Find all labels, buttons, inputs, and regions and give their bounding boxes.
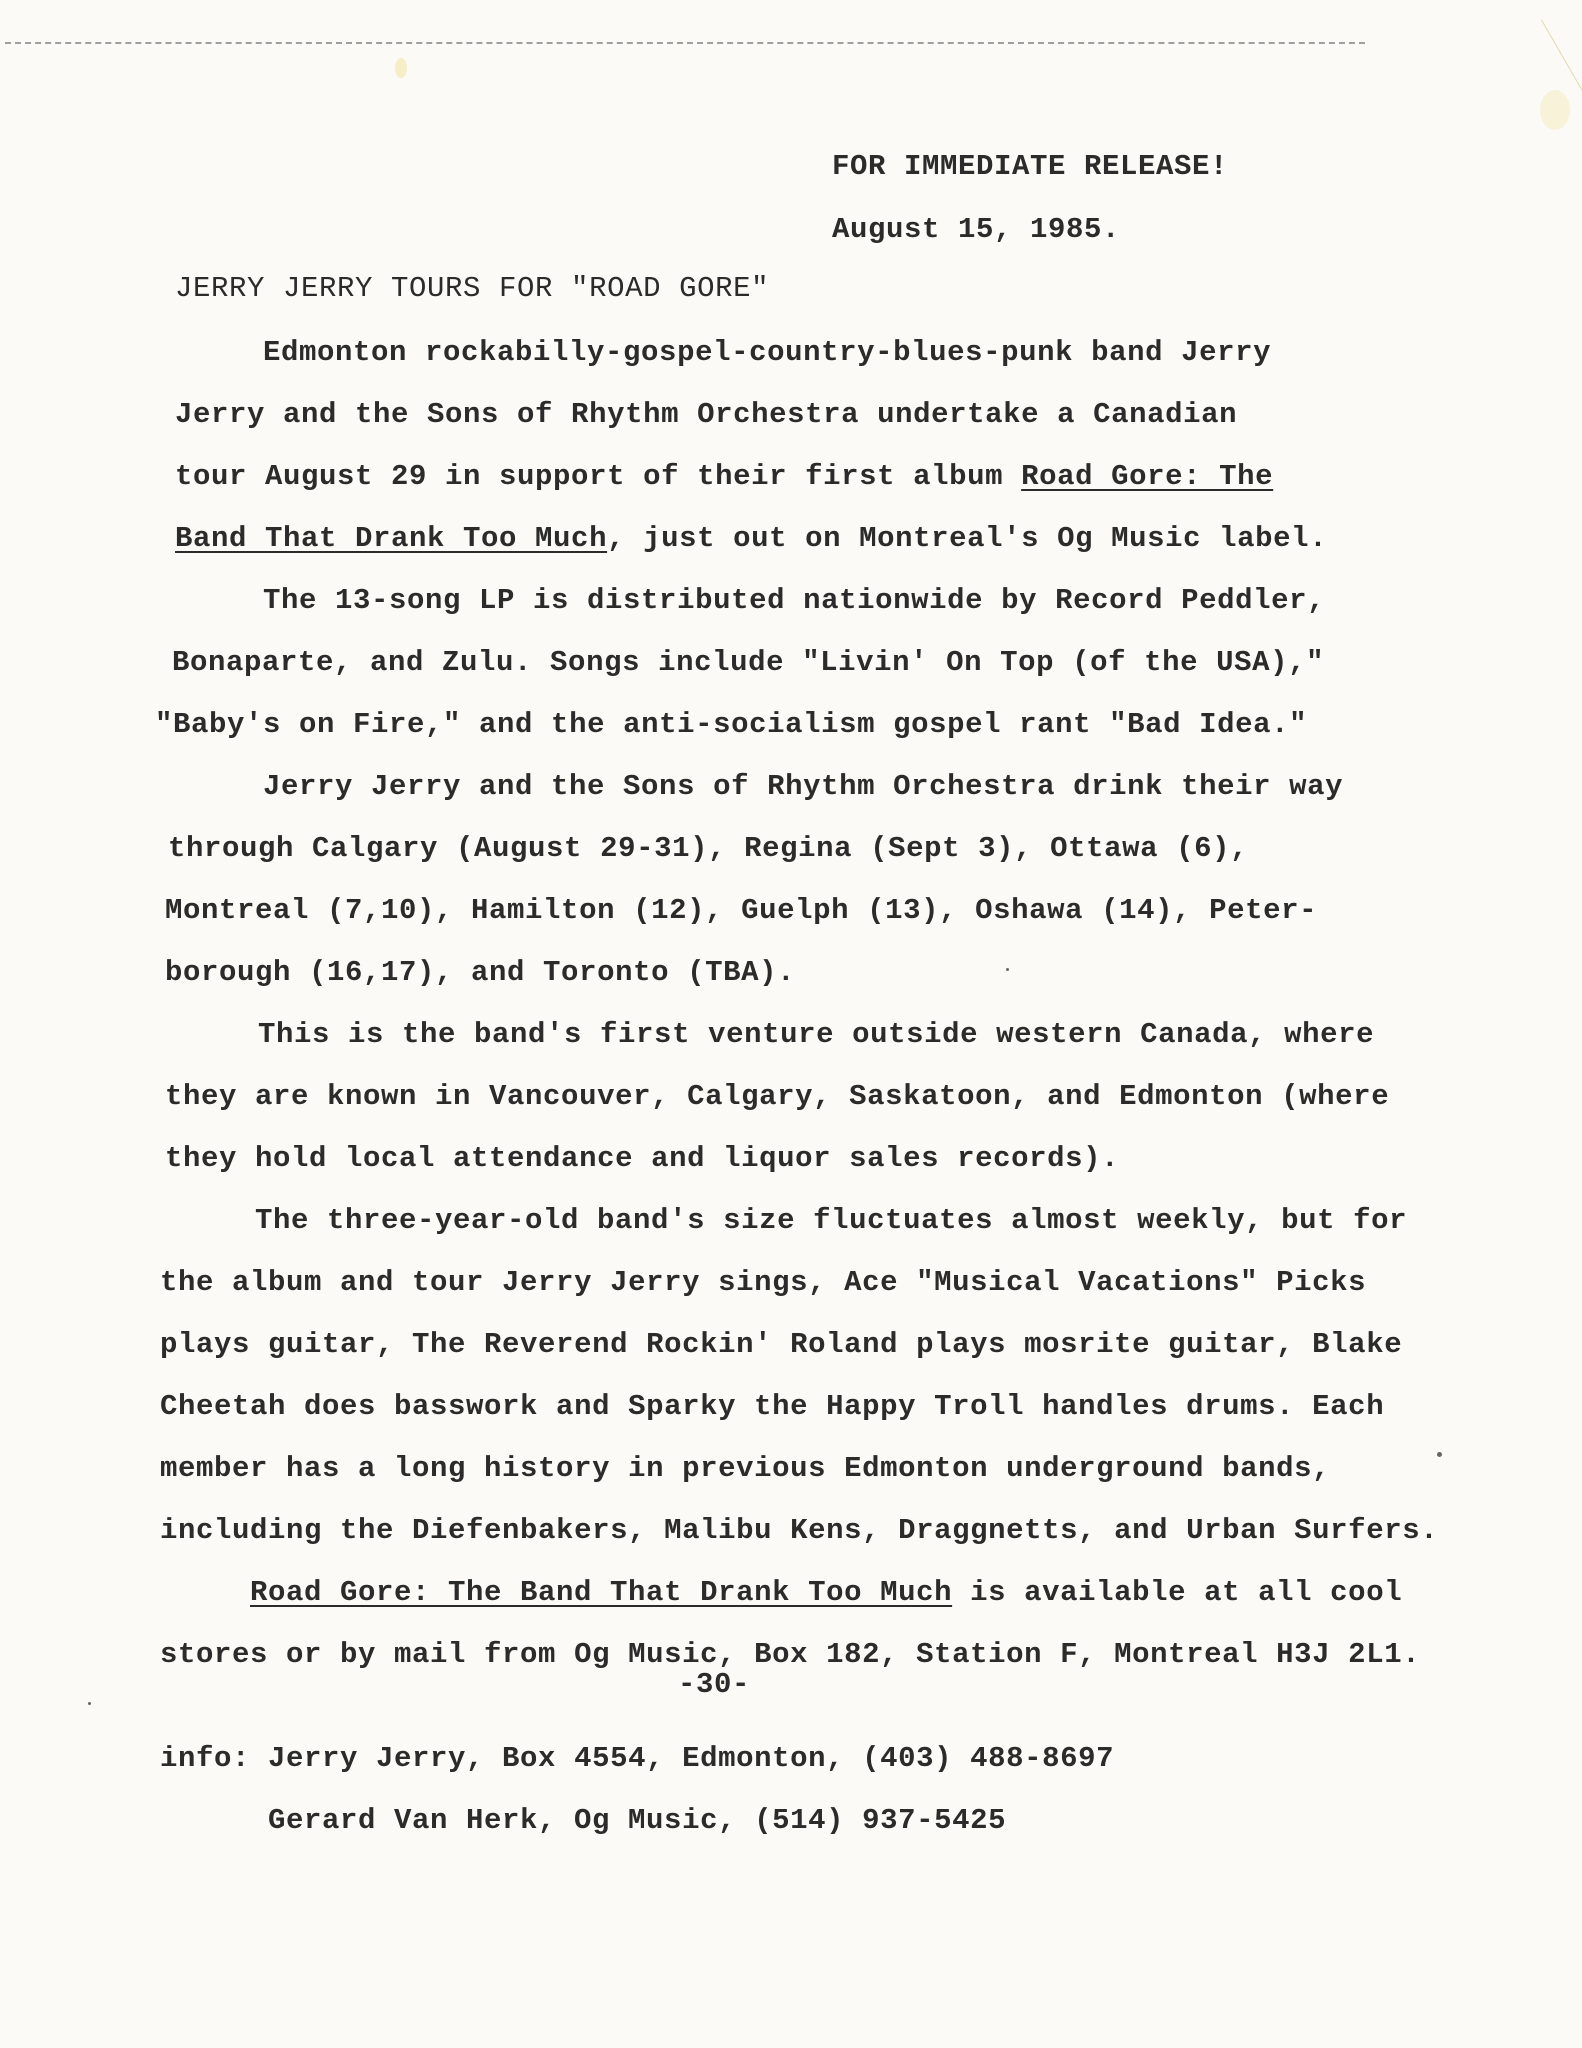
- album-title: Road Gore: The: [1021, 460, 1273, 493]
- release-date: August 15, 1985.: [832, 213, 1120, 247]
- text-line: Cheetah does basswork and Sparky the Hap…: [160, 1390, 1384, 1424]
- text-line: tour August 29 in support of their first…: [175, 460, 1273, 494]
- speck: [1006, 968, 1009, 971]
- text-line: Jerry and the Sons of Rhythm Orchestra u…: [175, 398, 1237, 432]
- text-line: borough (16,17), and Toronto (TBA).: [165, 956, 795, 990]
- text-line: Edmonton rockabilly-gospel-country-blues…: [263, 336, 1271, 370]
- text-line: Road Gore: The Band That Drank Too Much …: [250, 1576, 1402, 1610]
- text-line: The 13-song LP is distributed nationwide…: [263, 584, 1325, 618]
- text-line: The three-year-old band's size fluctuate…: [255, 1204, 1407, 1238]
- text-line: This is the band's first venture outside…: [258, 1018, 1374, 1052]
- paper-stain: [1540, 90, 1570, 130]
- speck: [1437, 1452, 1442, 1457]
- text-line: they hold local attendance and liquor sa…: [165, 1142, 1119, 1176]
- headline: JERRY JERRY TOURS FOR "ROAD GORE": [175, 272, 769, 306]
- text-line: member has a long history in previous Ed…: [160, 1452, 1330, 1486]
- text-line: the album and tour Jerry Jerry sings, Ac…: [160, 1266, 1366, 1300]
- text-line: plays guitar, The Reverend Rockin' Rolan…: [160, 1328, 1402, 1362]
- album-title: Road Gore: The Band That Drank Too Much: [250, 1576, 952, 1609]
- text-line: they are known in Vancouver, Calgary, Sa…: [165, 1080, 1389, 1114]
- text-line: through Calgary (August 29-31), Regina (…: [168, 832, 1248, 866]
- paper-stain: [395, 58, 407, 78]
- text-line: "Baby's on Fire," and the anti-socialism…: [155, 708, 1307, 742]
- press-release-page: FOR IMMEDIATE RELEASE! August 15, 1985. …: [0, 0, 1582, 2048]
- end-mark: -30-: [678, 1668, 750, 1702]
- contact-line: Gerard Van Herk, Og Music, (514) 937-542…: [268, 1804, 1006, 1838]
- text-line: Bonaparte, and Zulu. Songs include "Livi…: [172, 646, 1324, 680]
- contact-line: info: Jerry Jerry, Box 4554, Edmonton, (…: [160, 1742, 1114, 1776]
- album-title: Band That Drank Too Much: [175, 522, 607, 555]
- text-line: Band That Drank Too Much, just out on Mo…: [175, 522, 1327, 556]
- text-line: Jerry Jerry and the Sons of Rhythm Orche…: [263, 770, 1343, 804]
- text-line: Montreal (7,10), Hamilton (12), Guelph (…: [165, 894, 1317, 928]
- text-line: including the Diefenbakers, Malibu Kens,…: [160, 1514, 1438, 1548]
- text-line: stores or by mail from Og Music, Box 182…: [160, 1638, 1420, 1672]
- torn-top-edge: [5, 42, 1365, 44]
- speck: [88, 1702, 91, 1705]
- release-header: FOR IMMEDIATE RELEASE!: [832, 150, 1228, 184]
